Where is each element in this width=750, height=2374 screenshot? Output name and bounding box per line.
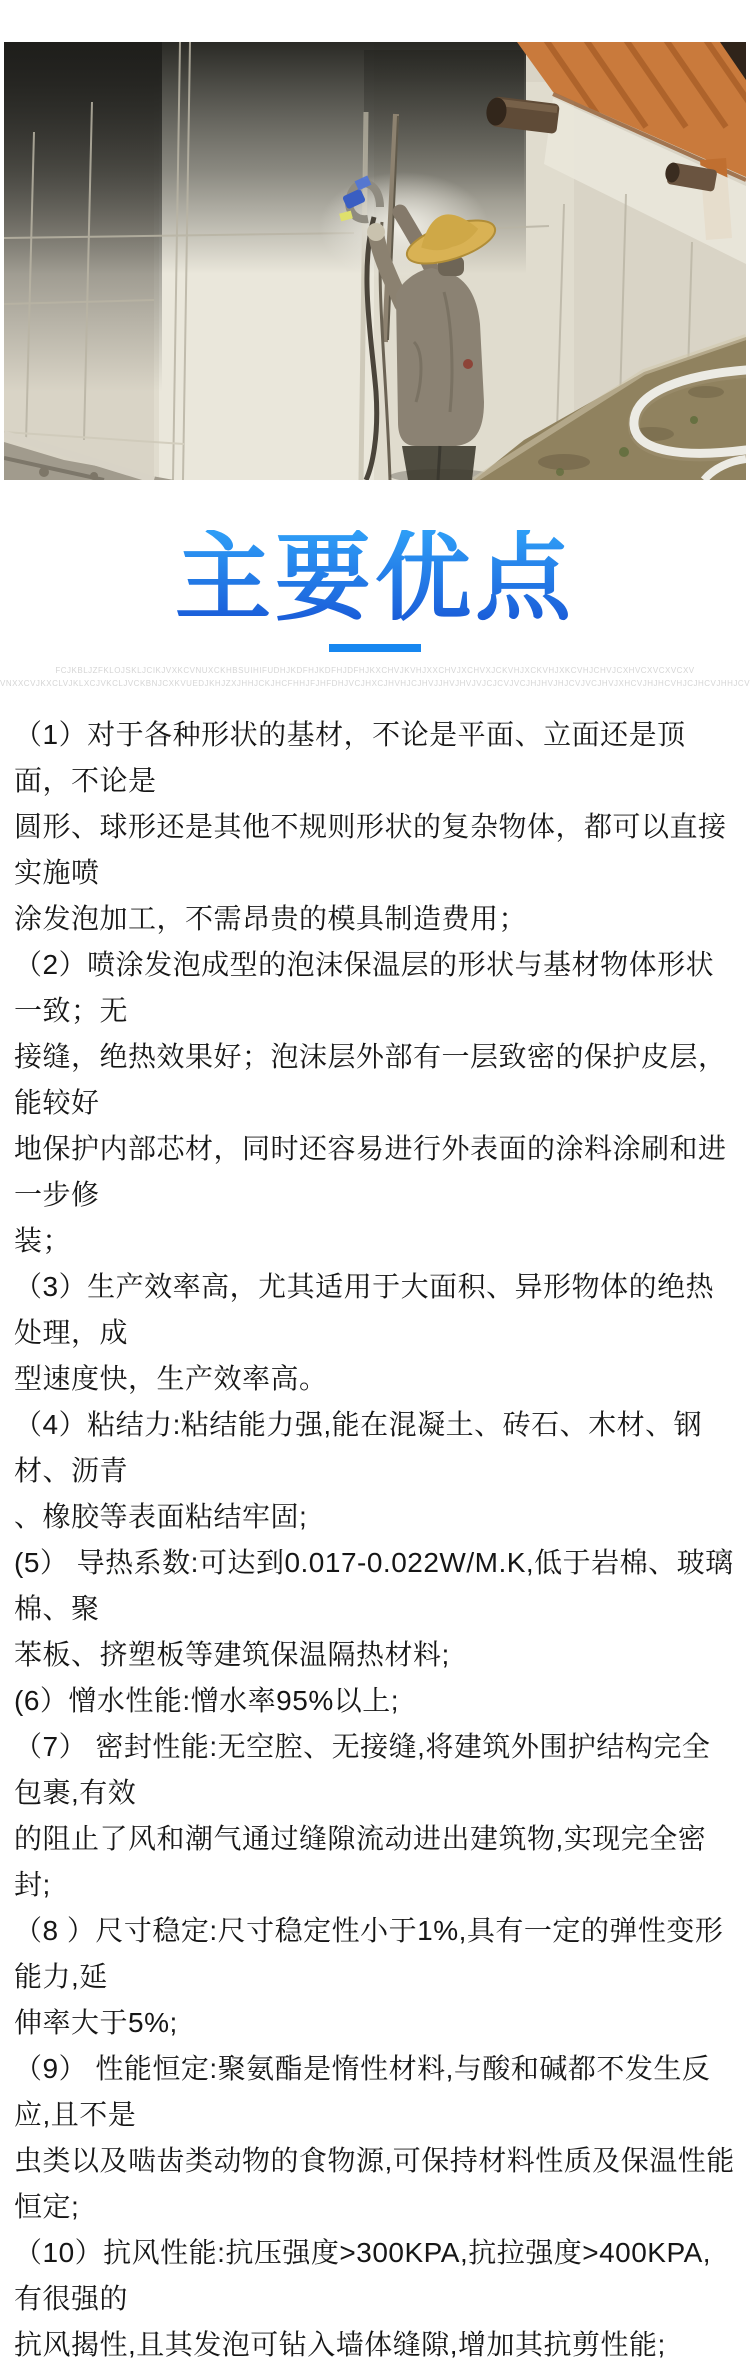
product-detail-page: 主要优点 FCJKBLJZFKLOJSKLJCIKJVXKCVNUXCKHBSU…: [0, 0, 750, 2374]
watermark-text: FCJKBLJZFKLOJSKLJCIKJVXKCVNUXCKHBSUIHIFU…: [0, 664, 750, 690]
page-title: 主要优点: [0, 530, 750, 628]
worker-hand: [367, 223, 385, 241]
hero-photo: [4, 42, 746, 480]
advantage-paragraph: （8 ）尺寸稳定:尺寸稳定性小于1%,具有一定的弹性变形能力,延 伸率大于5%;: [14, 1908, 736, 2046]
worker-jacket: [396, 268, 484, 446]
advantage-paragraph: （1）对于各种形状的基材，不论是平面、立面还是顶面，不论是 圆形、球形还是其他不…: [14, 712, 736, 942]
advantage-paragraph: (6）憎水性能:憎水率95%以上;: [14, 1678, 736, 1724]
advantage-paragraph: （7） 密封性能:无空腔、无接缝,将建筑外围护结构完全包裹,有效 的阻止了风和潮…: [14, 1724, 736, 1908]
advantage-paragraph: (5） 导热系数:可达到0.017-0.022W/M.K,低于岩棉、玻璃棉、聚 …: [14, 1540, 736, 1678]
advantage-paragraph: （2）喷涂发泡成型的泡沫保温层的形状与基材物体形状一致；无 接缝，绝热效果好；泡…: [14, 942, 736, 1264]
advantage-paragraph: （3）生产效率高，尤其适用于大面积、异形物体的绝热处理，成 型速度快，生产效率高…: [14, 1264, 736, 1402]
spray-foam-scene: [4, 42, 746, 480]
advantage-paragraph: （9） 性能恒定:聚氨酯是惰性材料,与酸和碱都不发生反应,且不是 虫类以及啮齿类…: [14, 2046, 736, 2230]
title-underline: [329, 644, 421, 652]
watermark-line-2: VNXXCVJKXCLVJKLXCJVKCLJVCKBNJCXKVUEDJKHJ…: [0, 677, 750, 690]
advantage-paragraph: （4）粘结力:粘结能力强,能在混凝土、砖石、木材、钢材、沥青 、橡胶等表面粘结牢…: [14, 1402, 736, 1540]
advantages-list: （1）对于各种形状的基材，不论是平面、立面还是顶面，不论是 圆形、球形还是其他不…: [0, 712, 750, 2374]
watermark-line-1: FCJKBLJZFKLOJSKLJCIKJVXKCVNUXCKHBSUIHIFU…: [0, 664, 750, 677]
advantage-paragraph: （10）抗风性能:抗压强度>300KPA,抗拉强度>400KPA,有很强的 抗风…: [14, 2230, 736, 2368]
